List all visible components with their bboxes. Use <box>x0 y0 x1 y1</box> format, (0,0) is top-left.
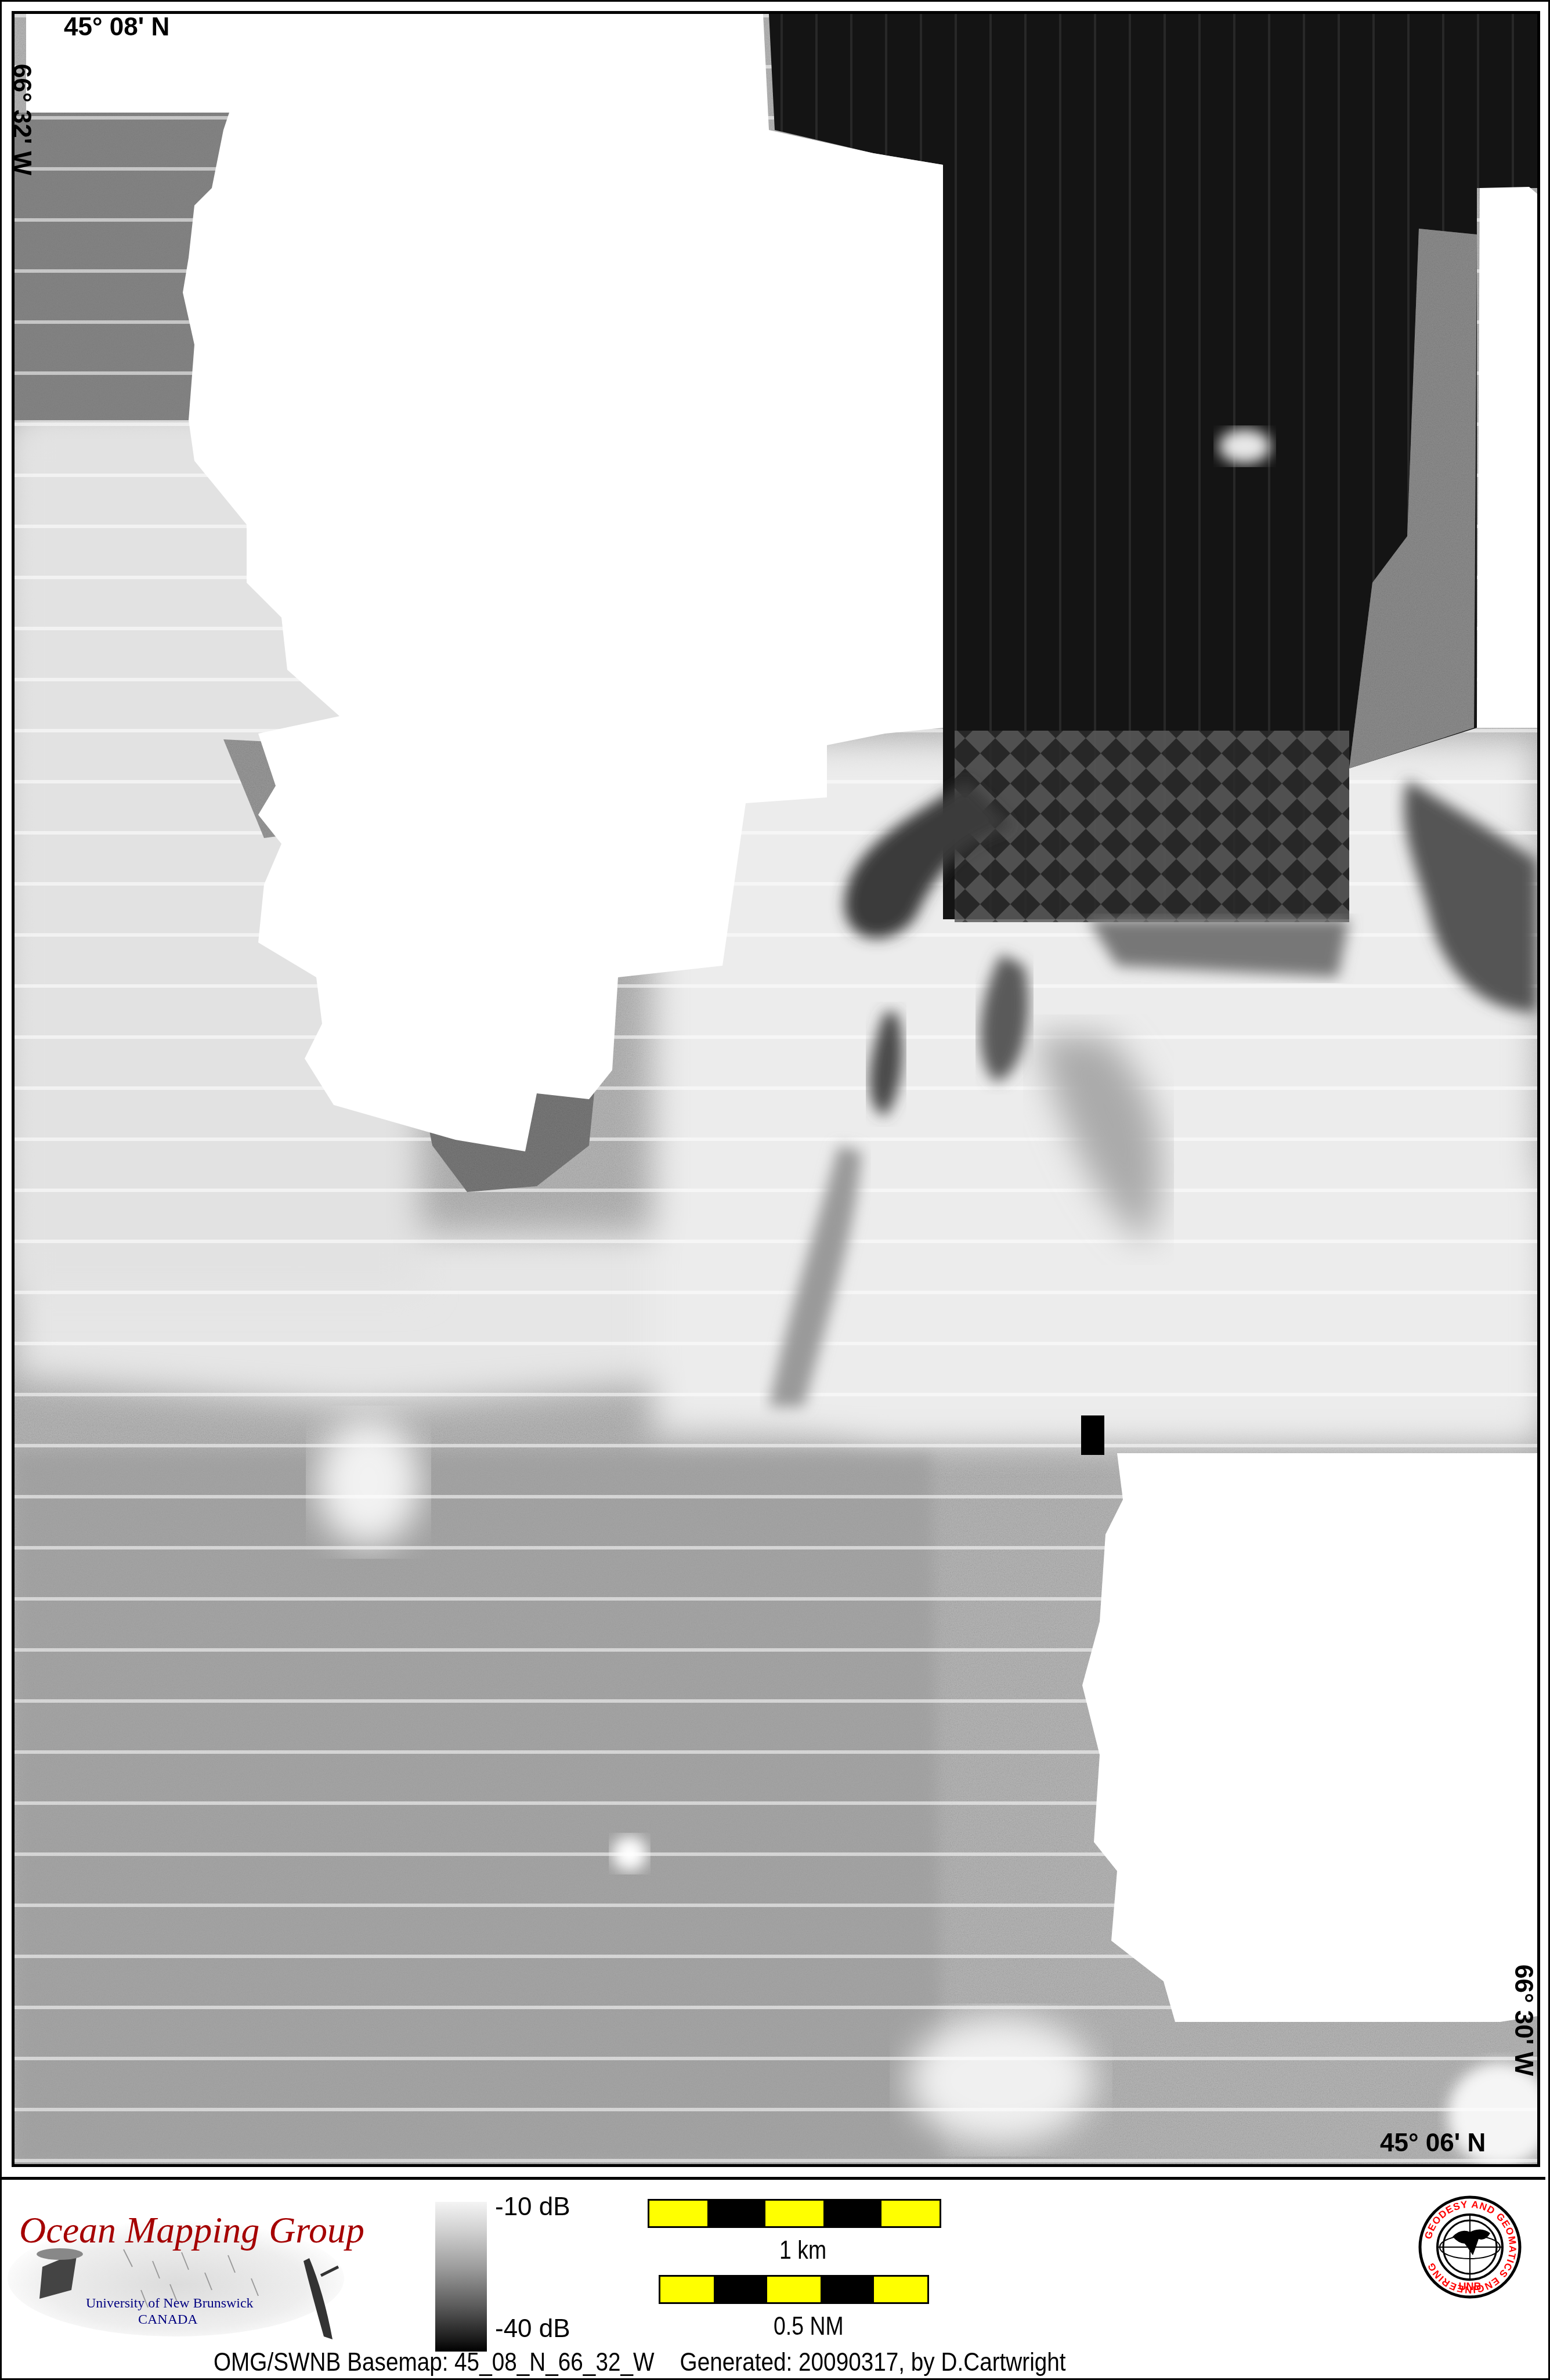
scale-segment <box>874 2277 927 2302</box>
gge-unb-seal: GEODESY AND GEOMATICS ENGINEERING UNB <box>1418 2195 1522 2299</box>
footer-caption: OMG/SWNB Basemap:45_08_N_66_32_WGenerate… <box>214 2348 1092 2377</box>
globe-seal-icon: GEODESY AND GEOMATICS ENGINEERING UNB <box>1418 2195 1522 2299</box>
scale-bar-km-label: 1 km <box>779 2236 826 2265</box>
generated-info: Generated: 20090317, by D.Cartwright <box>680 2348 1066 2377</box>
colorbar-max-label: -10 dB <box>495 2193 570 2222</box>
scale-bar-km <box>648 2199 941 2228</box>
scale-bar-nm <box>659 2275 929 2304</box>
scale-bar-nm-label: 0.5 NM <box>774 2312 844 2341</box>
scale-segment <box>649 2201 707 2226</box>
longitude-label-right: 66° 30' W <box>1509 1964 1538 2076</box>
omg-university: University of New Brunswick <box>86 2296 254 2312</box>
latitude-label-top: 45° 08' N <box>64 13 169 42</box>
scale-segment <box>707 2201 765 2226</box>
scale-segment <box>765 2201 823 2226</box>
legend-panel: Ocean Mapping Group University of New Br… <box>2 2177 1545 2378</box>
basemap-id: 45_08_N_66_32_W <box>454 2348 654 2377</box>
scale-segment <box>821 2277 874 2302</box>
latitude-label-bottom: 45° 06' N <box>1380 2129 1486 2158</box>
omg-title: Ocean Mapping Group <box>19 2209 364 2252</box>
colorbar-min-label: -40 dB <box>495 2314 570 2343</box>
scale-segment <box>823 2201 881 2226</box>
scale-segment <box>767 2277 821 2302</box>
backscatter-colorbar <box>435 2202 487 2352</box>
scale-segment <box>660 2277 714 2302</box>
scale-segment <box>881 2201 940 2226</box>
mosaic-canvas <box>15 14 1537 2164</box>
omg-country: CANADA <box>138 2312 198 2328</box>
omg-logo: Ocean Mapping Group University of New Br… <box>8 2197 356 2348</box>
backscatter-mosaic-map <box>12 11 1540 2167</box>
seal-unb-text: UNB <box>1459 2281 1482 2292</box>
longitude-label-left: 66° 32' W <box>7 64 36 175</box>
scale-segment <box>714 2277 767 2302</box>
basemap-label: OMG/SWNB Basemap: <box>214 2348 449 2377</box>
